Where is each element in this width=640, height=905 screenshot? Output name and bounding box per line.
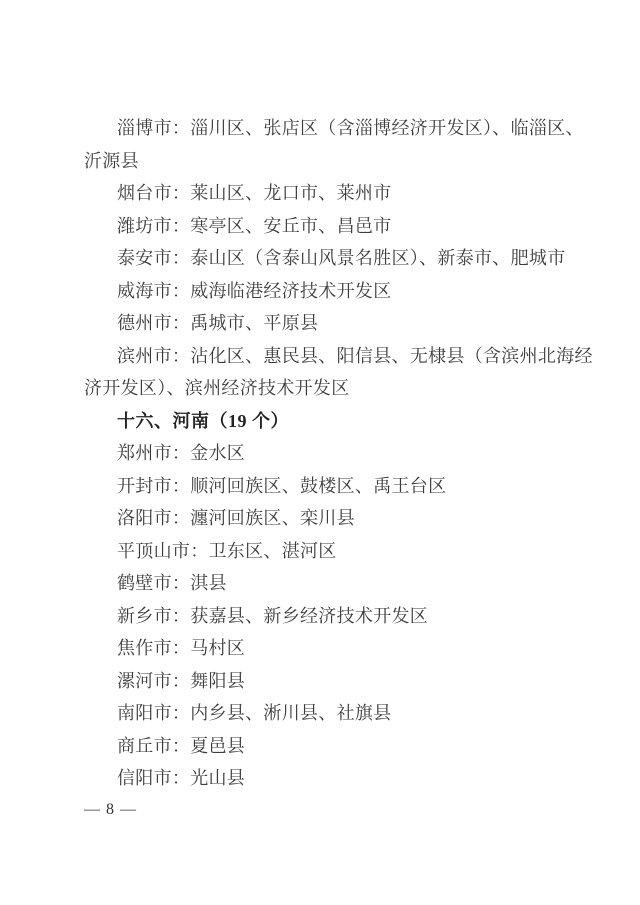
document-line: 鹤壁市：淇县 (84, 567, 580, 600)
document-line: 泰安市：泰山区（含泰山风景名胜区）、新泰市、肥城市 (84, 242, 580, 275)
document-line: 焦作市：马村区 (84, 632, 580, 665)
document-page: 淄博市：淄川区、张店区（含淄博经济开发区）、临淄区、沂源县烟台市：莱山区、龙口市… (0, 0, 640, 905)
document-line: 潍坊市：寒亭区、安丘市、昌邑市 (84, 210, 580, 243)
document-line: 漯河市：舞阳县 (84, 665, 580, 698)
document-line: 郑州市：金水区 (84, 437, 580, 470)
document-body: 淄博市：淄川区、张店区（含淄博经济开发区）、临淄区、沂源县烟台市：莱山区、龙口市… (84, 112, 580, 795)
document-line: 滨州市：沾化区、惠民县、阳信县、无棣县（含滨州北海经 (84, 340, 580, 373)
document-line: 平顶山市：卫东区、湛河区 (84, 535, 580, 568)
document-line: 德州市：禹城市、平原县 (84, 307, 580, 340)
document-line: 济开发区）、滨州经济技术开发区 (84, 372, 580, 405)
document-line: 新乡市：获嘉县、新乡经济技术开发区 (84, 600, 580, 633)
document-line: 烟台市：莱山区、龙口市、莱州市 (84, 177, 580, 210)
document-line: 开封市：顺河回族区、鼓楼区、禹王台区 (84, 470, 580, 503)
document-line: 洛阳市：瀍河回族区、栾川县 (84, 502, 580, 535)
document-line: 沂源县 (84, 145, 580, 178)
document-line: 淄博市：淄川区、张店区（含淄博经济开发区）、临淄区、 (84, 112, 580, 145)
document-line: 威海市：威海临港经济技术开发区 (84, 275, 580, 308)
document-line: 信阳市：光山县 (84, 762, 580, 795)
page-number: — 8 — (84, 799, 137, 821)
section-heading: 十六、河南（19 个） (84, 405, 580, 438)
document-line: 南阳市：内乡县、淅川县、社旗县 (84, 697, 580, 730)
document-line: 商丘市：夏邑县 (84, 730, 580, 763)
